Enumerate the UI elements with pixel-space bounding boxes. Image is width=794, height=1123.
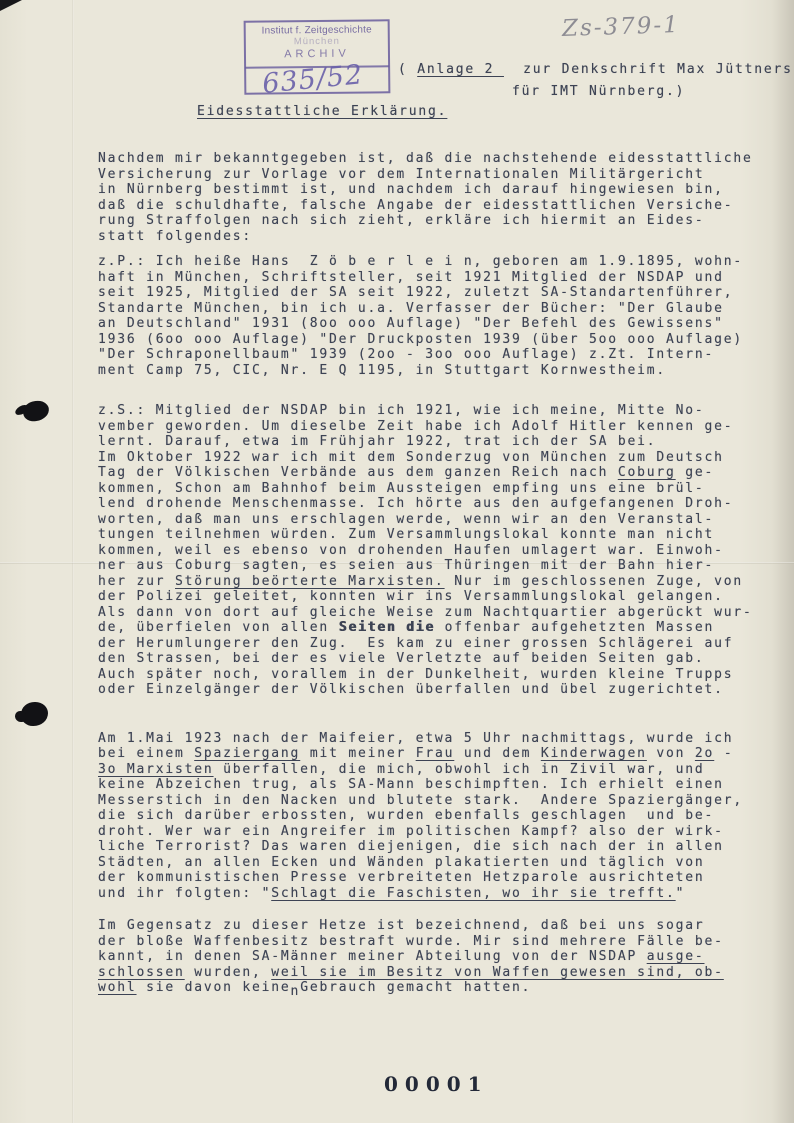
text-segment: Coburg (618, 465, 676, 480)
affidavit-paragraph: Nachdem mir bekanntgegeben ist, daß die … (98, 151, 788, 244)
text-line: "Der Schraponellbaum" 1939 (2oo - 3oo oo… (98, 347, 788, 363)
text-segment: schlossen (98, 965, 185, 980)
text-segment: Störung beörterte Marxisten. (175, 574, 445, 589)
ink-blob-bottom (21, 702, 48, 726)
text-segment: und dem (454, 746, 541, 761)
text-segment: droht. Wer war ein Angreifer im politisc… (98, 824, 724, 839)
text-segment: Auch später noch, vorallem in der Dunkel… (98, 667, 733, 682)
text-segment: statt folgendes: (98, 229, 252, 244)
affidavit-paragraph: Im Gegensatz zu dieser Hetze ist bezeich… (98, 918, 788, 996)
text-segment: keine Abzeichen trug, als SA-Mann beschi… (98, 777, 724, 792)
text-segment: Im Gegensatz zu dieser Hetze ist bezeich… (98, 918, 704, 933)
text-segment: Spaziergang (194, 746, 300, 761)
text-line: ner aus Coburg sagten, es seien aus Thür… (98, 558, 788, 574)
text-segment: in Nürnberg bestimmt ist, und nachdem ic… (98, 182, 724, 197)
ink-blob-top (22, 399, 51, 422)
text-line: der Polizei geleitet, konnten wir ins Ve… (98, 589, 788, 605)
text-segment: tungen teilnehmen würden. Zum Versammlun… (98, 527, 714, 542)
text-line: den Strassen, bei der es viele Verletzte… (98, 651, 788, 667)
scan-corner-artifact (0, 0, 22, 11)
text-segment: lernt. Darauf, etwa im Frühjahr 1922, tr… (98, 434, 656, 449)
text-line: liche Terrorist? Das waren diejenigen, d… (98, 839, 788, 855)
text-segment: und ihr folgten: " (98, 886, 271, 901)
annotation-line-2: für IMT Nürnberg.) (512, 84, 685, 99)
text-segment: haft in München, Schriftsteller, seit 19… (98, 270, 724, 285)
text-line: Versicherung zur Vorlage vor dem Interna… (98, 167, 788, 183)
page-number-stamp: 00001 (384, 1072, 489, 1096)
affidavit-paragraph: z.P.: Ich heiße Hans Z ö b e r l e i n, … (98, 254, 788, 378)
text-segment: daß die schuldhafte, falsche Angabe der … (98, 198, 733, 213)
text-segment: z.P.: Ich heiße Hans Z ö b e r l e i n, … (98, 254, 743, 269)
text-segment: 1936 (6oo ooo Auflage) "Der Druckposten … (98, 332, 743, 347)
text-segment: Am 1.Mai 1923 nach der Maifeier, etwa 5 … (98, 731, 733, 746)
text-segment: Nur im geschlossenen Zuge, von (445, 574, 743, 589)
stamp-handwritten-number: 635/52 (261, 59, 365, 100)
text-line: kommen, Schon am Bahnhof beim Aussteigen… (98, 481, 788, 497)
text-segment: Versicherung zur Vorlage vor dem Interna… (98, 167, 704, 182)
text-segment: von (647, 746, 695, 761)
text-line: statt folgendes: (98, 229, 788, 245)
text-segment: Frau (416, 746, 455, 761)
text-segment: ment Camp 75, CIC, Nr. E Q 1195, in Stut… (98, 363, 666, 378)
text-segment: Schlagt die Faschisten, wo ihr sie treff… (271, 886, 675, 901)
text-segment: z.S.: Mitglied der NSDAP bin ich 1921, w… (98, 403, 704, 418)
text-segment: " (676, 886, 686, 901)
text-segment: n (291, 984, 301, 999)
text-line: lend drohende Menschenmasse. Ich hörte a… (98, 496, 788, 512)
text-line: Als dann von dort auf gleiche Weise zum … (98, 605, 788, 621)
annotation-anlage: Anlage 2 (417, 62, 504, 77)
text-segment: ner aus Coburg sagten, es seien aus Thür… (98, 558, 714, 573)
text-line: der bloße Waffenbesitz bestraft wurde. M… (98, 934, 788, 950)
text-line: oder Einzelgänger der Völkischen überfal… (98, 682, 788, 698)
text-line: kommen, weil es ebenso von drohenden Hau… (98, 543, 788, 559)
text-segment: Seiten die (339, 620, 435, 635)
text-segment: weil sie im Besitz von Waffen gewesen si… (271, 965, 723, 980)
text-line: in Nürnberg bestimmt ist, und nachdem ic… (98, 182, 788, 198)
affidavit-paragraph: z.S.: Mitglied der NSDAP bin ich 1921, w… (98, 403, 788, 698)
text-line: tungen teilnehmen würden. Zum Versammlun… (98, 527, 788, 543)
text-line: z.P.: Ich heiße Hans Z ö b e r l e i n, … (98, 254, 788, 270)
text-line: Auch später noch, vorallem in der Dunkel… (98, 667, 788, 683)
text-segment: den Strassen, bei der es viele Verletzte… (98, 651, 704, 666)
annotation-rest: zur Denkschrift Max Jüttners (504, 62, 793, 77)
text-segment: wurden, (185, 965, 272, 980)
text-segment: ge- (676, 465, 715, 480)
text-line: der kommunistischen Presse verbreiteten … (98, 870, 788, 886)
text-segment: Standarte München, bin ich u.a. Verfasse… (98, 301, 724, 316)
scanned-affidavit-page: Institut f. Zeitgeschichte München ARCHI… (0, 0, 794, 1123)
text-line: daß die schuldhafte, falsche Angabe der … (98, 198, 788, 214)
text-segment: - (714, 746, 733, 761)
text-segment: Messerstich in den Nacken und blutete st… (98, 793, 743, 808)
text-line: Im Oktober 1922 war ich mit dem Sonderzu… (98, 450, 788, 466)
affidavit-body: Nachdem mir bekanntgegeben ist, daß die … (98, 151, 788, 996)
text-line: Am 1.Mai 1923 nach der Maifeier, etwa 5 … (98, 731, 788, 747)
annotation-line-1: ( Anlage 2 zur Denkschrift Max Jüttners (398, 62, 793, 77)
text-line: Standarte München, bin ich u.a. Verfasse… (98, 301, 788, 317)
text-segment: Kinderwagen (541, 746, 647, 761)
text-line: bei einem Spaziergang mit meiner Frau un… (98, 746, 788, 762)
vertical-fold-crease (72, 0, 74, 1123)
text-segment: Tag der Völkischen Verbände aus dem ganz… (98, 465, 618, 480)
text-line: der Herumlungerer den Zug. Es kam zu ein… (98, 636, 788, 652)
text-segment: Als dann von dort auf gleiche Weise zum … (98, 605, 753, 620)
text-line: Tag der Völkischen Verbände aus dem ganz… (98, 465, 788, 481)
text-segment: Nachdem mir bekanntgegeben ist, daß die … (98, 151, 753, 166)
text-segment: der bloße Waffenbesitz bestraft wurde. M… (98, 934, 724, 949)
text-line: an Deutschland" 1931 (8oo ooo Auflage) "… (98, 316, 788, 332)
text-segment: an Deutschland" 1931 (8oo ooo Auflage) "… (98, 316, 724, 331)
text-segment: 2o (695, 746, 714, 761)
text-line: vember geworden. Um dieselbe Zeit habe i… (98, 419, 788, 435)
text-segment: mit meiner (300, 746, 416, 761)
text-line: haft in München, Schriftsteller, seit 19… (98, 270, 788, 286)
text-segment: sie davon keine (137, 980, 291, 995)
text-segment: seit 1925, Mitglied der SA seit 1922, zu… (98, 285, 733, 300)
text-segment: bei einem (98, 746, 194, 761)
text-segment: Städten, an allen Ecken und Wänden plaka… (98, 855, 704, 870)
text-segment: kannt, in denen SA-Männer meiner Abteilu… (98, 949, 647, 964)
text-segment: überfallen, die mich, obwohl ich in Zivi… (214, 762, 705, 777)
text-segment: Im Oktober 1922 war ich mit dem Sonderzu… (98, 450, 724, 465)
text-line: Messerstich in den Nacken und blutete st… (98, 793, 788, 809)
text-line: Im Gegensatz zu dieser Hetze ist bezeich… (98, 918, 788, 934)
text-line: keine Abzeichen trug, als SA-Mann beschi… (98, 777, 788, 793)
text-segment: der Polizei geleitet, konnten wir ins Ve… (98, 589, 724, 604)
text-segment: kommen, weil es ebenso von drohenden Hau… (98, 543, 724, 558)
text-line: kannt, in denen SA-Männer meiner Abteilu… (98, 949, 788, 965)
text-line: de, überfielen von allen Seiten die offe… (98, 620, 788, 636)
text-line: Städten, an allen Ecken und Wänden plaka… (98, 855, 788, 871)
text-line: Nachdem mir bekanntgegeben ist, daß die … (98, 151, 788, 167)
text-segment: worten, daß man uns erschlagen werde, we… (98, 512, 714, 527)
text-segment: ausge- (647, 949, 705, 964)
text-line: her zur Störung beörterte Marxisten. Nur… (98, 574, 788, 590)
text-segment: kommen, Schon am Bahnhof beim Aussteigen… (98, 481, 704, 496)
text-line: lernt. Darauf, etwa im Frühjahr 1922, tr… (98, 434, 788, 450)
text-segment: "Der Schraponellbaum" 1939 (2oo - 3oo oo… (98, 347, 714, 362)
text-line: worten, daß man uns erschlagen werde, we… (98, 512, 788, 528)
text-line: und ihr folgten: "Schlagt die Faschisten… (98, 886, 788, 902)
text-line: 3o Marxisten überfallen, die mich, obwoh… (98, 762, 788, 778)
affidavit-paragraph: Am 1.Mai 1923 nach der Maifeier, etwa 5 … (98, 731, 788, 902)
text-segment: rung Straffolgen nach sich zieht, erklär… (98, 213, 704, 228)
archive-stamp: Institut f. Zeitgeschichte München ARCHI… (244, 19, 391, 95)
text-line: seit 1925, Mitglied der SA seit 1922, zu… (98, 285, 788, 301)
text-segment: her zur (98, 574, 175, 589)
text-segment: 3o Marxisten (98, 762, 214, 777)
text-segment: der Herumlungerer den Zug. Es kam zu ein… (98, 636, 733, 651)
text-segment: die sich darüber erbossten, wurden ebenf… (98, 808, 714, 823)
text-line: z.S.: Mitglied der NSDAP bin ich 1921, w… (98, 403, 788, 419)
text-segment: Gebrauch gemacht hatten. (300, 980, 531, 995)
text-segment: offenbar aufgehetzten Massen (435, 620, 714, 635)
text-line: schlossen wurden, weil sie im Besitz von… (98, 965, 788, 981)
text-line: wohl sie davon keinenGebrauch gemacht ha… (98, 980, 788, 996)
text-segment: vember geworden. Um dieselbe Zeit habe i… (98, 419, 733, 434)
stamp-city-line: München (246, 35, 388, 47)
text-line: 1936 (6oo ooo Auflage) "Der Druckposten … (98, 332, 788, 348)
handwritten-archive-code: Zs-379-1 (562, 12, 681, 42)
document-title: Eidesstattliche Erklärung. (197, 104, 447, 119)
text-segment: liche Terrorist? Das waren diejenigen, d… (98, 839, 724, 854)
text-segment: wohl (98, 980, 137, 995)
stamp-archiv-line: ARCHIV (246, 47, 388, 60)
text-line: die sich darüber erbossten, wurden ebenf… (98, 808, 788, 824)
text-line: ment Camp 75, CIC, Nr. E Q 1195, in Stut… (98, 363, 788, 379)
text-segment: lend drohende Menschenmasse. Ich hörte a… (98, 496, 733, 511)
annotation-open: ( (398, 62, 417, 77)
text-segment: de, überfielen von allen (98, 620, 339, 635)
text-segment: oder Einzelgänger der Völkischen überfal… (98, 682, 724, 697)
text-line: droht. Wer war ein Angreifer im politisc… (98, 824, 788, 840)
text-line: rung Straffolgen nach sich zieht, erklär… (98, 213, 788, 229)
text-segment: der kommunistischen Presse verbreiteten … (98, 870, 704, 885)
